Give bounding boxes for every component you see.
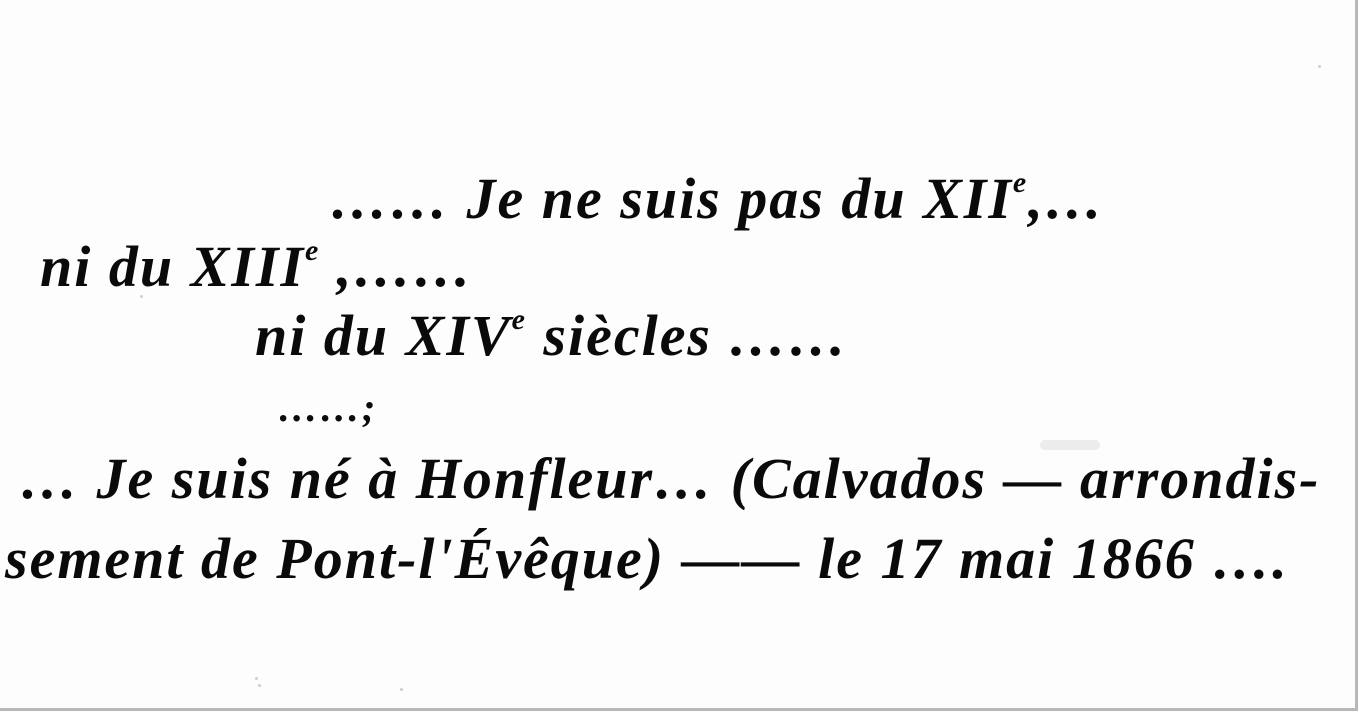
manuscript-line-5: sement de Pont-l'Évêque) —— le 17 mai 18… [5, 530, 1289, 588]
line-1-tail: ,… [1028, 166, 1105, 231]
line-2-text: ni du XIII [40, 234, 305, 299]
line-2-superscript: e [305, 234, 320, 267]
manuscript-line-1: …… Je ne suis pas du XIIe,… [330, 168, 1105, 228]
line-1-lead: …… [330, 166, 467, 231]
manuscript-line-2: ni du XIIIe ,…… [40, 236, 473, 296]
line-3-text: ni du XIV [255, 303, 512, 368]
line-1-text: Je ne suis pas du XII [467, 166, 1013, 231]
manuscript-page: …… Je ne suis pas du XIIe,… ni du XIIIe … [0, 0, 1358, 711]
manuscript-line-4: … Je suis né à Honfleur… (Calvados — arr… [20, 450, 1320, 508]
scan-speck [258, 684, 261, 687]
scan-speck [400, 688, 403, 691]
line-1-superscript: e [1013, 166, 1028, 199]
scan-speck [1318, 65, 1321, 68]
manuscript-line-3: ni du XIVe siècles …… [255, 305, 849, 365]
line-3-tail: siècles …… [527, 303, 849, 368]
scan-speck [140, 295, 143, 298]
manuscript-dots-line: ……; [278, 388, 377, 428]
line-2-tail: ,…… [320, 234, 473, 299]
scan-speck [255, 677, 258, 680]
line-3-superscript: e [512, 303, 527, 336]
scan-speck [1040, 440, 1100, 450]
